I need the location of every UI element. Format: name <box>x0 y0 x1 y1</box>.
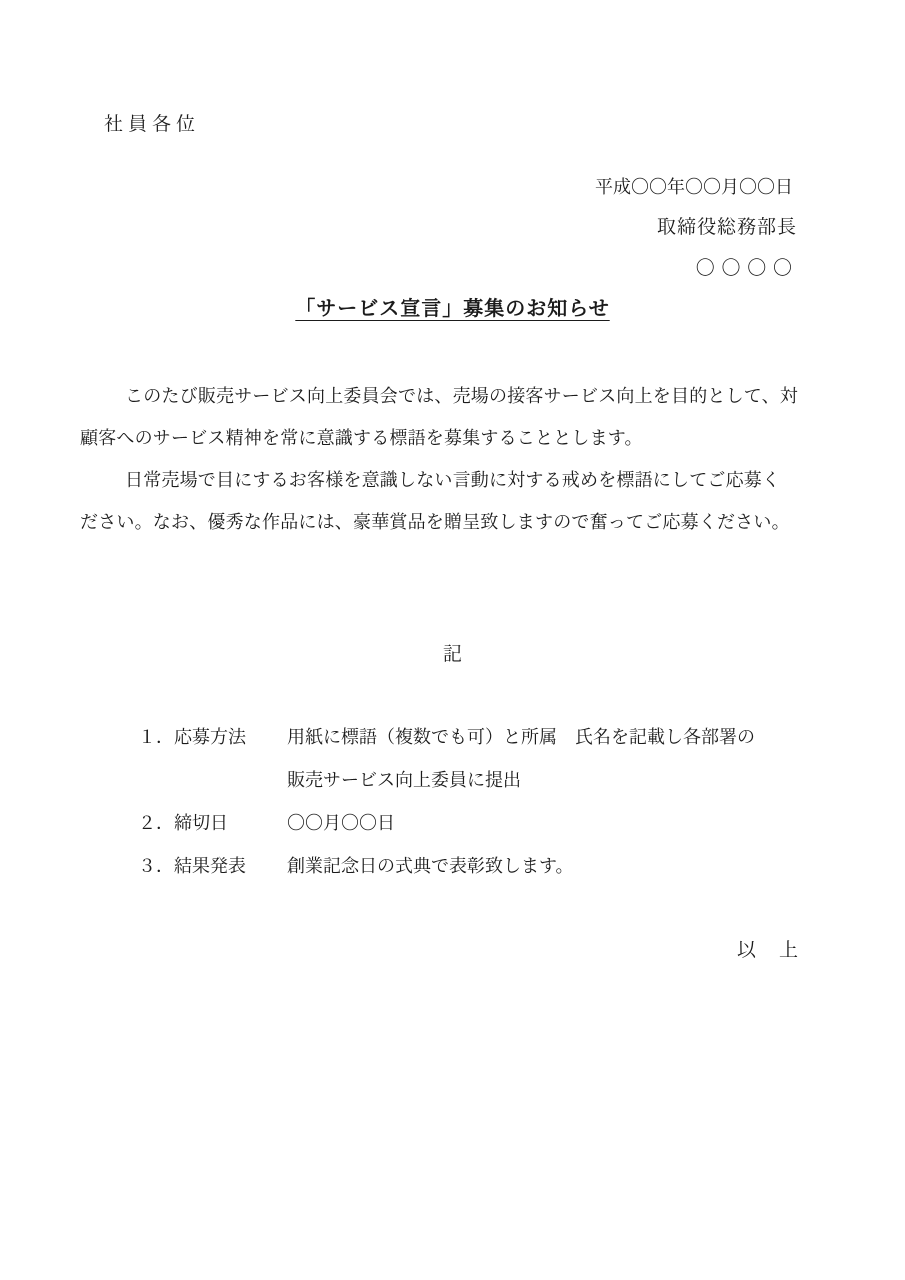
item-1-text-line2: 販売サービス向上委員に提出 <box>287 769 521 792</box>
item-1-text-line1: 用紙に標語（複数でも可）と所属 氏名を記載し各部署の <box>287 726 755 749</box>
body-paragraph2-line1: 日常売場で目にするお客様を意識しない言動に対する戒めを標語にしてご応募く <box>80 469 780 492</box>
notice-title: 「サービス宣言」募集のお知らせ <box>0 297 905 322</box>
body-paragraph1-line1: このたび販売サービス向上委員会では、売場の接客サービス向上を目的として、対 <box>80 385 798 408</box>
sender-title: 取締役総務部長 <box>657 216 797 240</box>
item-2-number-label: ２．締切日 <box>138 812 228 835</box>
body-paragraph1-line2: 顧客へのサービス精神を常に意識する標語を募集することとします。 <box>80 427 643 450</box>
date-line: 平成〇〇年〇〇月〇〇日 <box>595 176 793 199</box>
item-2-text-line1: 〇〇月〇〇日 <box>287 812 395 835</box>
recipient-line: 社員各位 <box>104 113 200 137</box>
item-3-number-label: ３．結果発表 <box>138 855 246 878</box>
item-1-number-label: １．応募方法 <box>138 726 246 749</box>
closing-mark: 以 上 <box>737 939 800 963</box>
sender-name: 〇 〇 〇 〇 <box>696 257 793 281</box>
item-3-text-line1: 創業記念日の式典で表彰致します。 <box>287 855 574 878</box>
ki-marker: 記 <box>0 643 905 667</box>
body-paragraph2-line2: ださい。なお、優秀な作品には、豪華賞品を贈呈致しますので奮ってご応募ください。 <box>80 511 790 534</box>
document-page: 社員各位 平成〇〇年〇〇月〇〇日 取締役総務部長 〇 〇 〇 〇 「サービス宣言… <box>0 0 905 1280</box>
